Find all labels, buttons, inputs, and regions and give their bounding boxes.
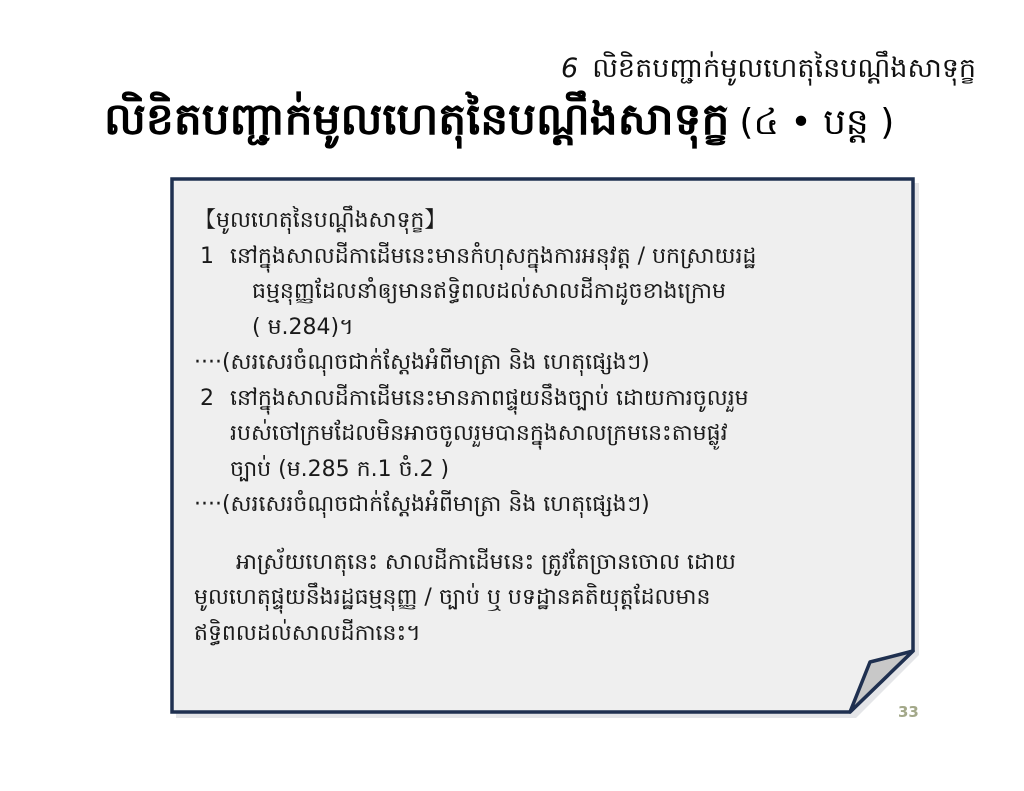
conclusion-line-2: មូលហេតុផ្ទុយនឹងរដ្ឋធម្មនុញ្ញ / ច្បាប់ ឬ … [194,580,894,616]
slide-subtitle: 6លិខិតបញ្ជាក់មូលហេតុនៃបណ្ដឹងសាទុក្ខ [561,52,976,91]
reason-item-1-line-3: ( ម.284)។ [194,310,894,346]
reason-number: 2 [194,381,230,417]
reason-item-1-line-2: ធម្មនុញ្ញដែលនាំឲ្យមានឥទ្ធិពលដល់សាលដីកាដូ… [194,274,894,310]
reason-item-1-line-1: 1នៅក្នុងសាលដីកាដើមនេះមានកំហុសក្នុងការអនុ… [194,239,894,275]
reason-item-2-line-2: របស់ចៅក្រមដែលមិនអាចចូលរួមបានក្នុងសាលក្រម… [194,416,894,452]
note-content: 【មូលហេតុនៃបណ្ដឹងសាទុក្ខ】 1នៅក្នុងសាលដីកា… [194,203,894,651]
reason-item-2-note: ····(សរសេរចំណុចជាក់ស្ដែងអំពីមាត្រា និង ហ… [194,487,894,523]
subtitle-text: លិខិតបញ្ជាក់មូលហេតុនៃបណ្ដឹងសាទុក្ខ [592,53,976,84]
spacer [194,523,894,545]
title-continued: (៤ • បន្ត ) [739,102,894,143]
subtitle-number: 6 [561,53,578,84]
reason-item-2-line-3: ច្បាប់ (ម.285 ក.1 ចំ.2 ) [194,452,894,488]
conclusion-line-1: អាស្រ័យហេតុនេះ សាលដីកាដើមនេះ ត្រូវតែច្រា… [194,545,894,581]
note-box: 【មូលហេតុនៃបណ្ដឹងសាទុក្ខ】 1នៅក្នុងសាលដីកា… [170,177,913,712]
reason-item-2-line-1: 2នៅក្នុងសាលដីកាដើមនេះមានភាពផ្ទុយនឹងច្បាប… [194,381,894,417]
reasons-heading: 【មូលហេតុនៃបណ្ដឹងសាទុក្ខ】 [194,203,894,239]
slide-title: លិខិតបញ្ជាក់មូលហេតុនៃបណ្ដឹងសាទុក្ខ(៤ • ប… [104,92,894,156]
reason-number: 1 [194,239,230,275]
reason-item-1-note: ····(សរសេរចំណុចជាក់ស្ដែងអំពីមាត្រា និង ហ… [194,345,894,381]
conclusion-line-3: ឥទ្ធិពលដល់សាលដីកានេះ។ [194,616,894,652]
page-number: 33 [898,703,919,721]
title-main: លិខិតបញ្ជាក់មូលហេតុនៃបណ្ដឹងសាទុក្ខ [104,94,729,145]
